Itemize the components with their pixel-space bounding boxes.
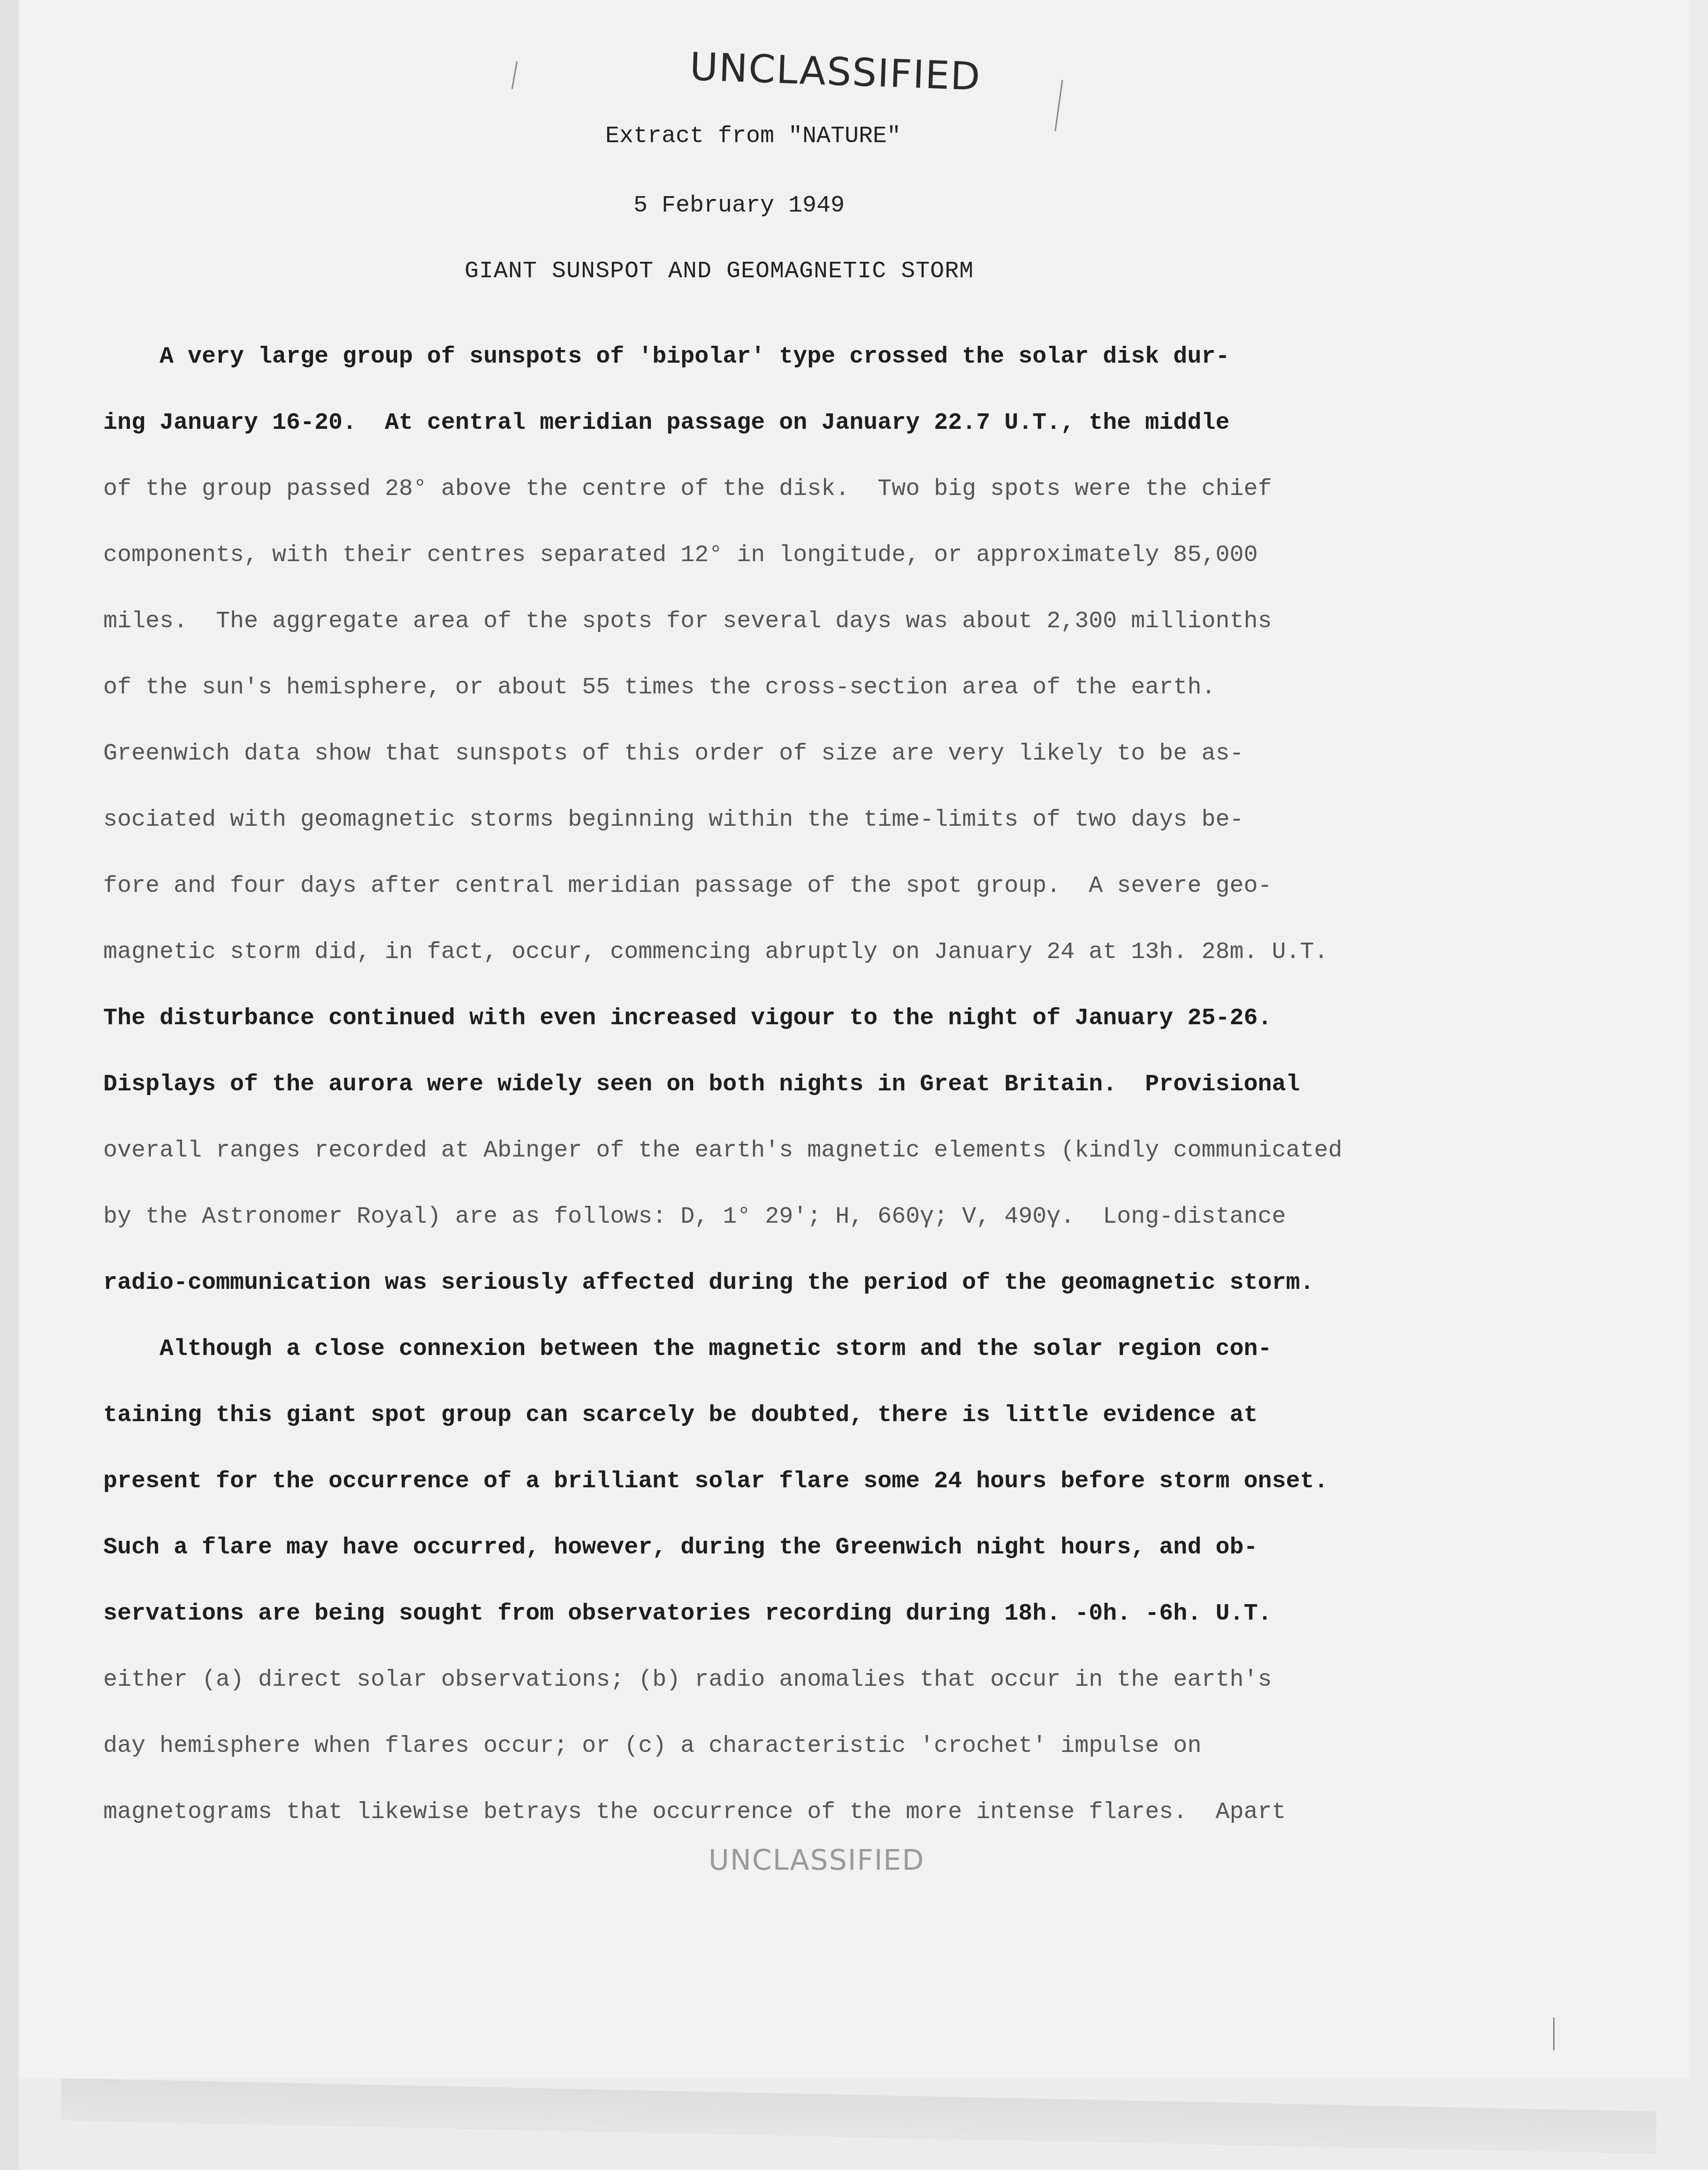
body-line: Such a flare may have occurred, however,…: [103, 1515, 1581, 1581]
source-line: Extract from "NATURE": [605, 123, 901, 150]
classification-stamp-bottom: UNCLASSIFIED: [709, 1844, 925, 1877]
scan-left-edge: [0, 0, 19, 2170]
body-line: magnetic storm did, in fact, occur, comm…: [103, 919, 1581, 985]
body-line: components, with their centres separated…: [103, 522, 1581, 588]
body-line: Greenwich data show that sunspots of thi…: [103, 721, 1581, 787]
body-line: of the sun's hemisphere, or about 55 tim…: [103, 655, 1581, 721]
body-line: servations are being sought from observa…: [103, 1581, 1581, 1647]
article-title: GIANT SUNSPOT AND GEOMAGNETIC STORM: [465, 258, 974, 285]
body-line: day hemisphere when flares occur; or (c)…: [103, 1713, 1581, 1779]
body-line: ing January 16-20. At central meridian p…: [103, 390, 1581, 456]
body-line: taining this giant spot group can scarce…: [103, 1382, 1581, 1448]
date-line: 5 February 1949: [633, 192, 845, 219]
body-line: miles. The aggregate area of the spots f…: [103, 588, 1581, 655]
body-line: radio-communication was seriously affect…: [103, 1250, 1581, 1316]
body-line: The disturbance continued with even incr…: [103, 985, 1581, 1051]
body-line: Although a close connexion between the m…: [103, 1316, 1581, 1382]
body-line: A very large group of sunspots of 'bipol…: [103, 324, 1581, 390]
body-line: overall ranges recorded at Abinger of th…: [103, 1118, 1581, 1184]
scan-shadow-band: [61, 2078, 1656, 2154]
body-line: by the Astronomer Royal) are as follows:…: [103, 1184, 1581, 1250]
body-line: present for the occurrence of a brillian…: [103, 1448, 1581, 1515]
scan-artifact: [1553, 2018, 1555, 2050]
body-line: of the group passed 28° above the centre…: [103, 456, 1581, 522]
body-line: either (a) direct solar observations; (b…: [103, 1647, 1581, 1713]
body-line: fore and four days after central meridia…: [103, 853, 1581, 919]
body-line: magnetograms that likewise betrays the o…: [103, 1779, 1581, 1845]
body-line: sociated with geomagnetic storms beginni…: [103, 787, 1581, 853]
article-body: A very large group of sunspots of 'bipol…: [103, 324, 1581, 1845]
body-line: Displays of the aurora were widely seen …: [103, 1051, 1581, 1118]
